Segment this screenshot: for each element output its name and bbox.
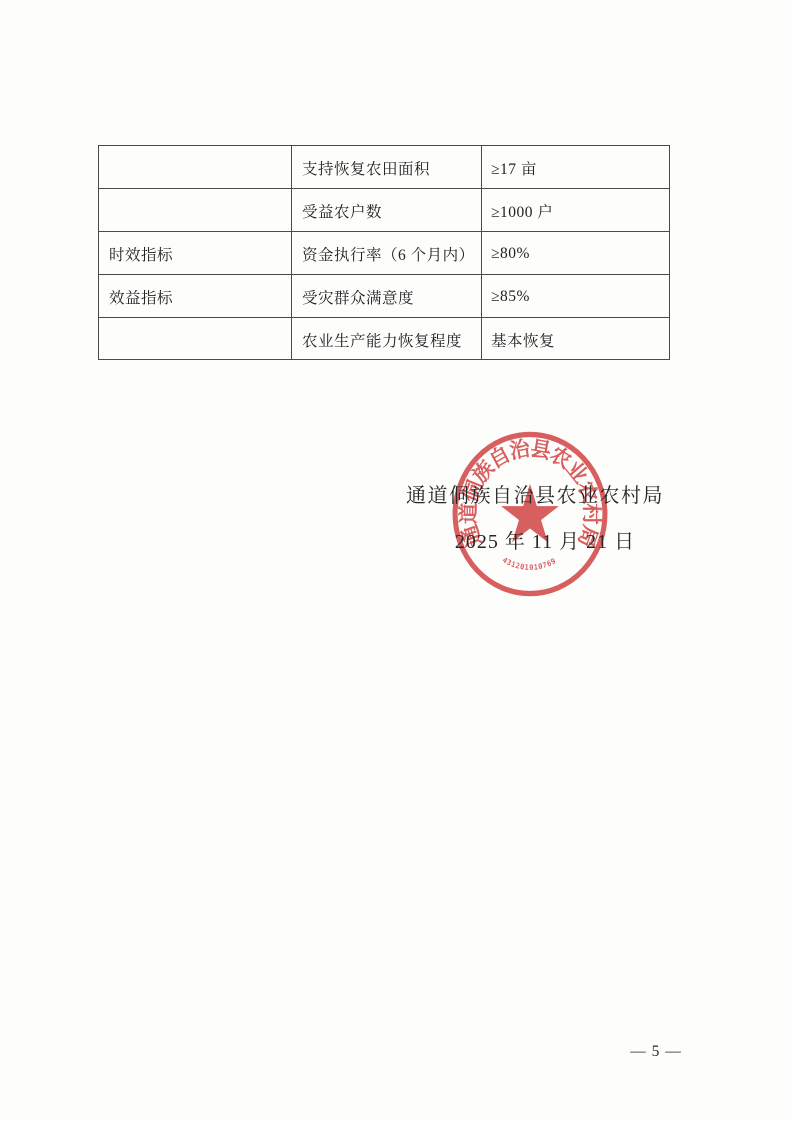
table-cell-indicator: 受灾群众满意度 [292,274,482,317]
stamp-serial-node: 431201010769 [501,555,557,572]
table-row: 农业生产能力恢复程度 基本恢复 [99,317,670,360]
table-cell-category: 时效指标 [99,231,292,274]
table-row: 支持恢复农田面积 ≥17 亩 [99,146,670,189]
table-row: 时效指标 资金执行率（6 个月内） ≥80% [99,231,670,274]
table-cell-indicator: 支持恢复农田面积 [292,146,482,189]
table-cell-category [99,317,292,360]
table-cell-target: ≥1000 户 [482,188,670,231]
stamp-serial-number: 431201010769 [501,555,557,572]
indicator-table-body: 支持恢复农田面积 ≥17 亩 受益农户数 ≥1000 户 时效指标 资金执行率（… [99,146,670,360]
signature-date: 2025 年 11 月 21 日 [455,525,635,554]
table-cell-target: 基本恢复 [482,317,670,360]
table-cell-indicator: 受益农户数 [292,188,482,231]
table-cell-indicator: 农业生产能力恢复程度 [292,317,482,360]
signature-org: 通道侗族自治县农业农村局 [406,479,664,508]
table-cell-target: ≥17 亩 [482,146,670,189]
indicator-table: 支持恢复农田面积 ≥17 亩 受益农户数 ≥1000 户 时效指标 资金执行率（… [98,145,670,360]
table-cell-category [99,146,292,189]
table-cell-target: ≥80% [482,231,670,274]
table-cell-indicator: 资金执行率（6 个月内） [292,231,482,274]
official-seal-stamp: 通道侗族自治县农业农村局 431201010769 [449,428,611,600]
table-row: 效益指标 受灾群众满意度 ≥85% [99,274,670,317]
scanned-document-page: 支持恢复农田面积 ≥17 亩 受益农户数 ≥1000 户 时效指标 资金执行率（… [0,0,793,1121]
page-number: — 5 — [630,1043,682,1061]
table-cell-category [99,188,292,231]
table-row: 受益农户数 ≥1000 户 [99,188,670,231]
table-cell-category: 效益指标 [99,274,292,317]
table-cell-target: ≥85% [482,274,670,317]
